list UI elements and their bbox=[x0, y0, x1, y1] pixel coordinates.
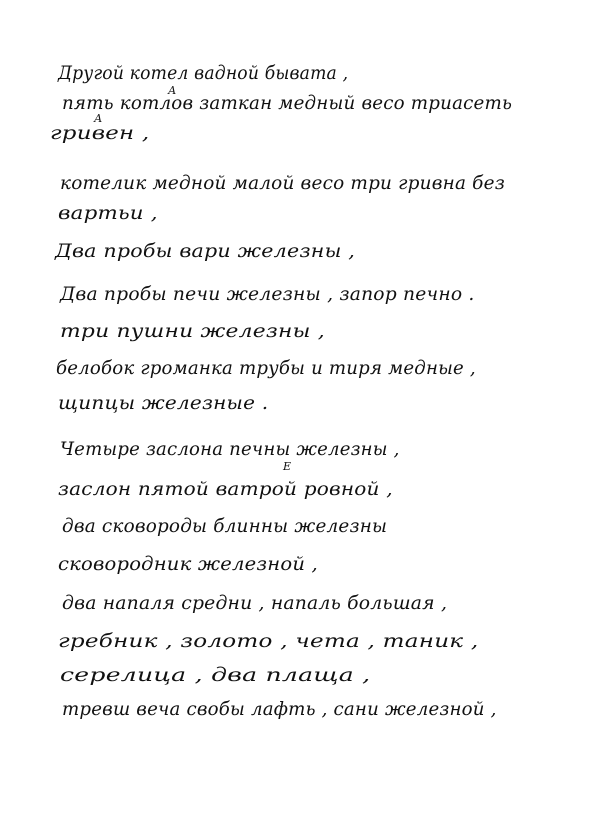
manuscript-line: три пушни железны , bbox=[60, 320, 325, 342]
manuscript-line: тревш веча свобы лафть , сани железной , bbox=[62, 698, 497, 720]
manuscript-line: заслон пятой ватрой ровной , bbox=[58, 478, 393, 500]
manuscript-line: гривен , bbox=[50, 122, 149, 144]
manuscript-line: щипцы железные . bbox=[58, 392, 268, 414]
manuscript-line: два сковороды блинны железны bbox=[62, 515, 387, 537]
manuscript-line: вартьи , bbox=[58, 202, 158, 224]
manuscript-line: Два пробы печи железны , запор печно . bbox=[60, 283, 475, 305]
manuscript-page: Другой котел вадной бывата , пять котлов… bbox=[0, 0, 592, 827]
manuscript-line: Другой котел вадной бывата , bbox=[58, 62, 348, 84]
manuscript-line: пять котлов заткан медный весо триасеть bbox=[62, 92, 512, 114]
manuscript-line: сковородник железной , bbox=[58, 553, 318, 575]
superscript-letter: А bbox=[168, 84, 176, 97]
manuscript-line: серелица , два плаща , bbox=[60, 664, 370, 686]
manuscript-line: белобок громанка трубы и тиря медные , bbox=[56, 357, 476, 379]
manuscript-line: Четыре заслона печны железны , bbox=[60, 438, 400, 460]
manuscript-line: гребник , золото , чета , таник , bbox=[58, 630, 478, 652]
superscript-letter: А bbox=[94, 112, 102, 125]
superscript-letter: Е bbox=[283, 460, 291, 473]
manuscript-line: котелик медной малой весо три гривна без bbox=[60, 172, 505, 194]
manuscript-line: Два пробы вари железны , bbox=[55, 240, 355, 262]
manuscript-line: два напаля средни , напаль большая , bbox=[62, 592, 447, 614]
